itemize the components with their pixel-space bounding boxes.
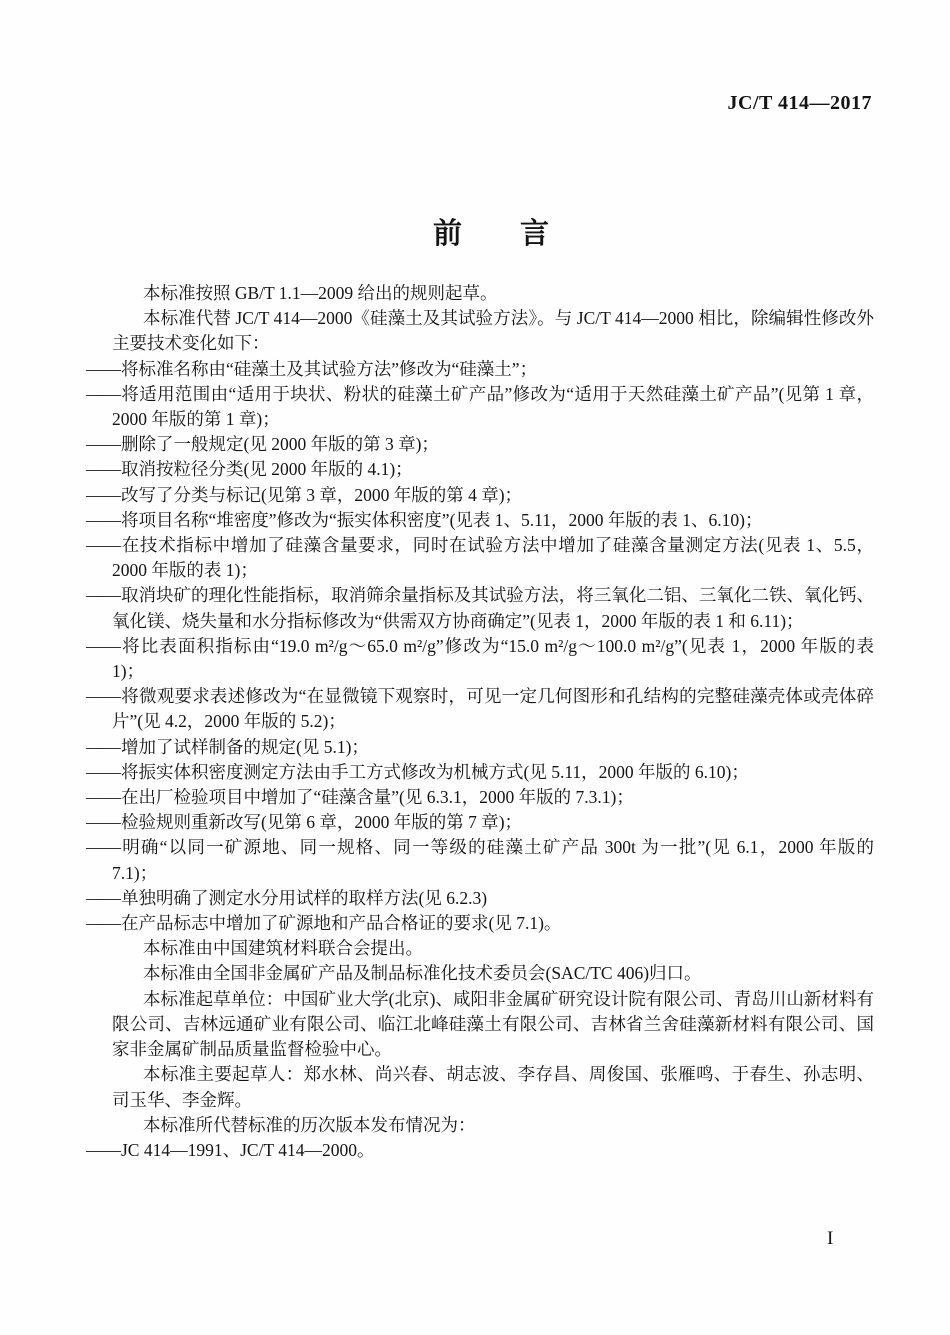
foreword-body: 本标准按照 GB/T 1.1—2009 给出的规则起草。 本标准代替 JC/T … xyxy=(112,281,874,1163)
page-title: 前 言 xyxy=(16,211,950,252)
change-list-item: ——检验规则重新改写(见第 6 章，2000 年版的第 7 章)； xyxy=(112,810,874,835)
foreword-paragraph: 本标准主要起草人：郑水林、尚兴春、胡志波、李存昌、周俊国、张雁鸣、于春生、孙志明… xyxy=(112,1062,874,1112)
change-list-item: ——删除了一般规定(见 2000 年版的第 3 章)； xyxy=(112,432,874,457)
change-list-item: ——将项目名称“堆密度”修改为“振实体积密度”(见表 1、5.11，2000 年… xyxy=(112,508,874,533)
change-list-item: ——明确“以同一矿源地、同一规格、同一等级的硅藻土矿产品 300t 为一批”(见… xyxy=(112,835,874,885)
foreword-paragraph: 本标准起草单位：中国矿业大学(北京)、咸阳非金属矿研究设计院有限公司、青岛川山新… xyxy=(112,987,874,1063)
standard-code-header: JC/T 414—2017 xyxy=(728,92,872,115)
change-list-item: ——取消按粒径分类(见 2000 年版的 4.1)； xyxy=(112,457,874,482)
foreword-paragraph: 本标准由全国非金属矿产品及制品标准化技术委员会(SAC/TC 406)归口。 xyxy=(112,961,874,986)
change-list-item: ——在技术指标中增加了硅藻含量要求，同时在试验方法中增加了硅藻含量测定方法(见表… xyxy=(112,533,874,583)
change-list-item: ——改写了分类与标记(见第 3 章，2000 年版的第 4 章)； xyxy=(112,483,874,508)
foreword-paragraph: 本标准所代替标准的历次版本发布情况为： xyxy=(112,1113,874,1138)
foreword-paragraph: 本标准由中国建筑材料联合会提出。 xyxy=(112,936,874,961)
previous-editions-item: ——JC 414—1991、JC/T 414—2000。 xyxy=(112,1138,874,1163)
page-number: I xyxy=(827,1228,833,1250)
change-list-item: ——增加了试样制备的规定(见 5.1)； xyxy=(112,735,874,760)
change-list-item: ——取消块矿的理化性能指标，取消筛余量指标及其试验方法，将三氧化二铝、三氧化二铁… xyxy=(112,583,874,633)
change-list-item: ——将比表面积指标由“19.0 m²/g～65.0 m²/g”修改为“15.0 … xyxy=(112,634,874,684)
change-list-item: ——将标准名称由“硅藻土及其试验方法”修改为“硅藻土”； xyxy=(112,357,874,382)
change-list-item: ——将微观要求表述修改为“在显微镜下观察时，可见一定几何图形和孔结构的完整硅藻壳… xyxy=(112,684,874,734)
change-list-item: ——在产品标志中增加了矿源地和产品合格证的要求(见 7.1)。 xyxy=(112,911,874,936)
document-page: JC/T 414—2017 前 言 本标准按照 GB/T 1.1—2009 给出… xyxy=(0,0,950,1335)
change-list-item: ——在出厂检验项目中增加了“硅藻含量”(见 6.3.1，2000 年版的 7.3… xyxy=(112,785,874,810)
foreword-paragraph: 本标准代替 JC/T 414—2000《硅藻土及其试验方法》。与 JC/T 41… xyxy=(112,306,874,356)
change-list-item: ——单独明确了测定水分用试样的取样方法(见 6.2.3) xyxy=(112,886,874,911)
change-list-item: ——将适用范围由“适用于块状、粉状的硅藻土矿产品”修改为“适用于天然硅藻土矿产品… xyxy=(112,382,874,432)
foreword-paragraph: 本标准按照 GB/T 1.1—2009 给出的规则起草。 xyxy=(112,281,874,306)
change-list-item: ——将振实体积密度测定方法由手工方式修改为机械方式(见 5.11，2000 年版… xyxy=(112,760,874,785)
